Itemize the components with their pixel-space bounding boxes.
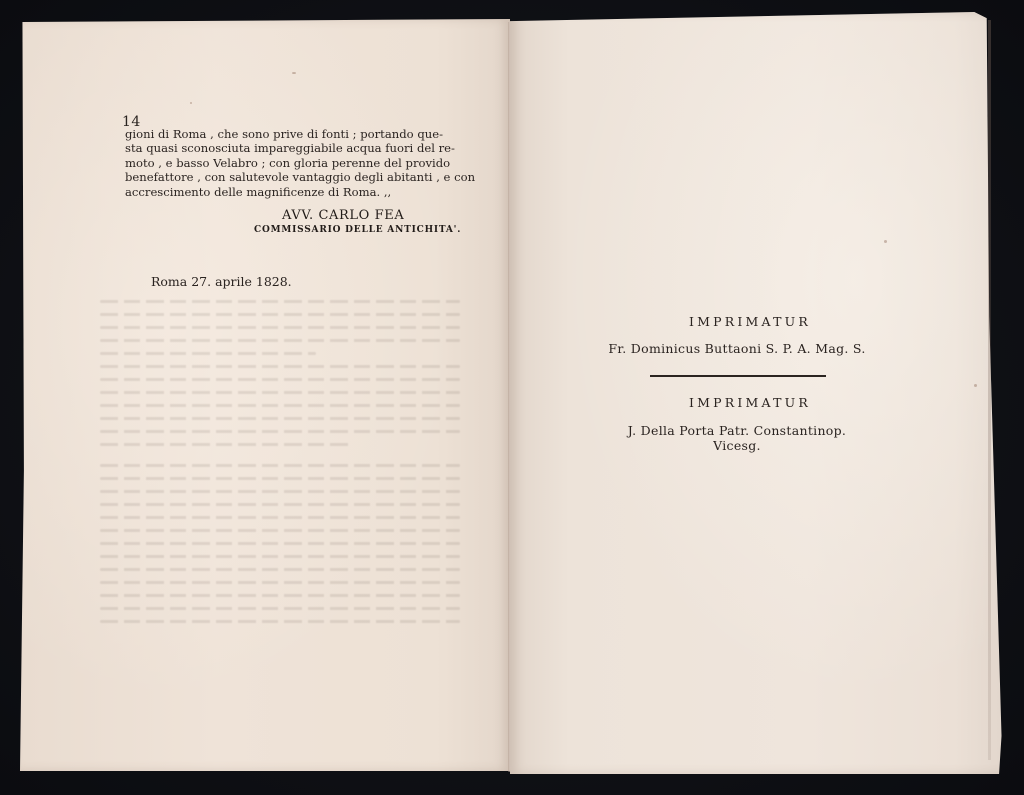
imprimatur-authority-2-line-1: J. Della Porta Patr. Constantinop. (587, 423, 887, 438)
signature-name: AVV. CARLO FEA (282, 208, 404, 223)
ghost-line (100, 443, 352, 446)
foxing-spot (884, 240, 887, 243)
ghost-line (100, 607, 460, 610)
paragraph-line: sta quasi sconosciuta impareggiabile acq… (125, 141, 443, 155)
foxing-spot (190, 102, 192, 104)
dateline: Roma 27. aprile 1828. (151, 274, 292, 289)
ghost-line (100, 555, 460, 558)
paragraph-line: benefattore , con salutevole vantaggio d… (125, 170, 443, 184)
imprimatur-authority-1: Fr. Dominicus Buttaoni S. P. A. Mag. S. (587, 341, 887, 356)
foxing-spot (974, 384, 977, 387)
divider-rule (650, 375, 826, 377)
ghost-line (100, 378, 460, 381)
paragraph-line: moto , e basso Velabro ; con gloria pere… (125, 156, 443, 170)
ghost-line (100, 365, 460, 368)
right-page (510, 12, 1004, 774)
ghost-line (100, 477, 460, 480)
ghost-line (100, 542, 460, 545)
ghost-line (100, 568, 460, 571)
ghost-line (100, 503, 460, 506)
ghost-line (100, 404, 460, 407)
ghost-line (100, 490, 460, 493)
ghost-line (100, 529, 460, 532)
imprimatur-heading-1: IMPRIMATUR (600, 314, 900, 329)
ghost-line (100, 464, 460, 467)
ghost-line (100, 326, 460, 329)
ghost-line (100, 339, 460, 342)
ghost-line (100, 300, 460, 303)
ghost-line (100, 417, 460, 420)
ghost-line (100, 516, 460, 519)
paragraph-line: gioni di Roma , che sono prive di fonti … (125, 127, 443, 141)
ghost-line (100, 581, 460, 584)
open-booklet: 14 gioni di Roma , che sono prive di fon… (0, 0, 1024, 795)
ghost-line (100, 594, 460, 597)
ghost-line (100, 620, 460, 623)
imprimatur-heading-2: IMPRIMATUR (600, 395, 900, 410)
ghost-line (100, 430, 460, 433)
paragraph-line: accrescimento delle magnificenze di Roma… (125, 185, 443, 199)
page-edge (988, 20, 991, 760)
ghost-line (100, 313, 460, 316)
signature-title: COMMISSARIO DELLE ANTICHITA'. (254, 225, 461, 235)
imprimatur-authority-2-line-2: Vicesg. (587, 438, 887, 453)
bleed-through-text (100, 300, 460, 660)
foxing-spot (292, 72, 296, 74)
body-paragraph: gioni di Roma , che sono prive di fonti … (125, 127, 443, 199)
ghost-line (100, 352, 316, 355)
ghost-line (100, 391, 460, 394)
